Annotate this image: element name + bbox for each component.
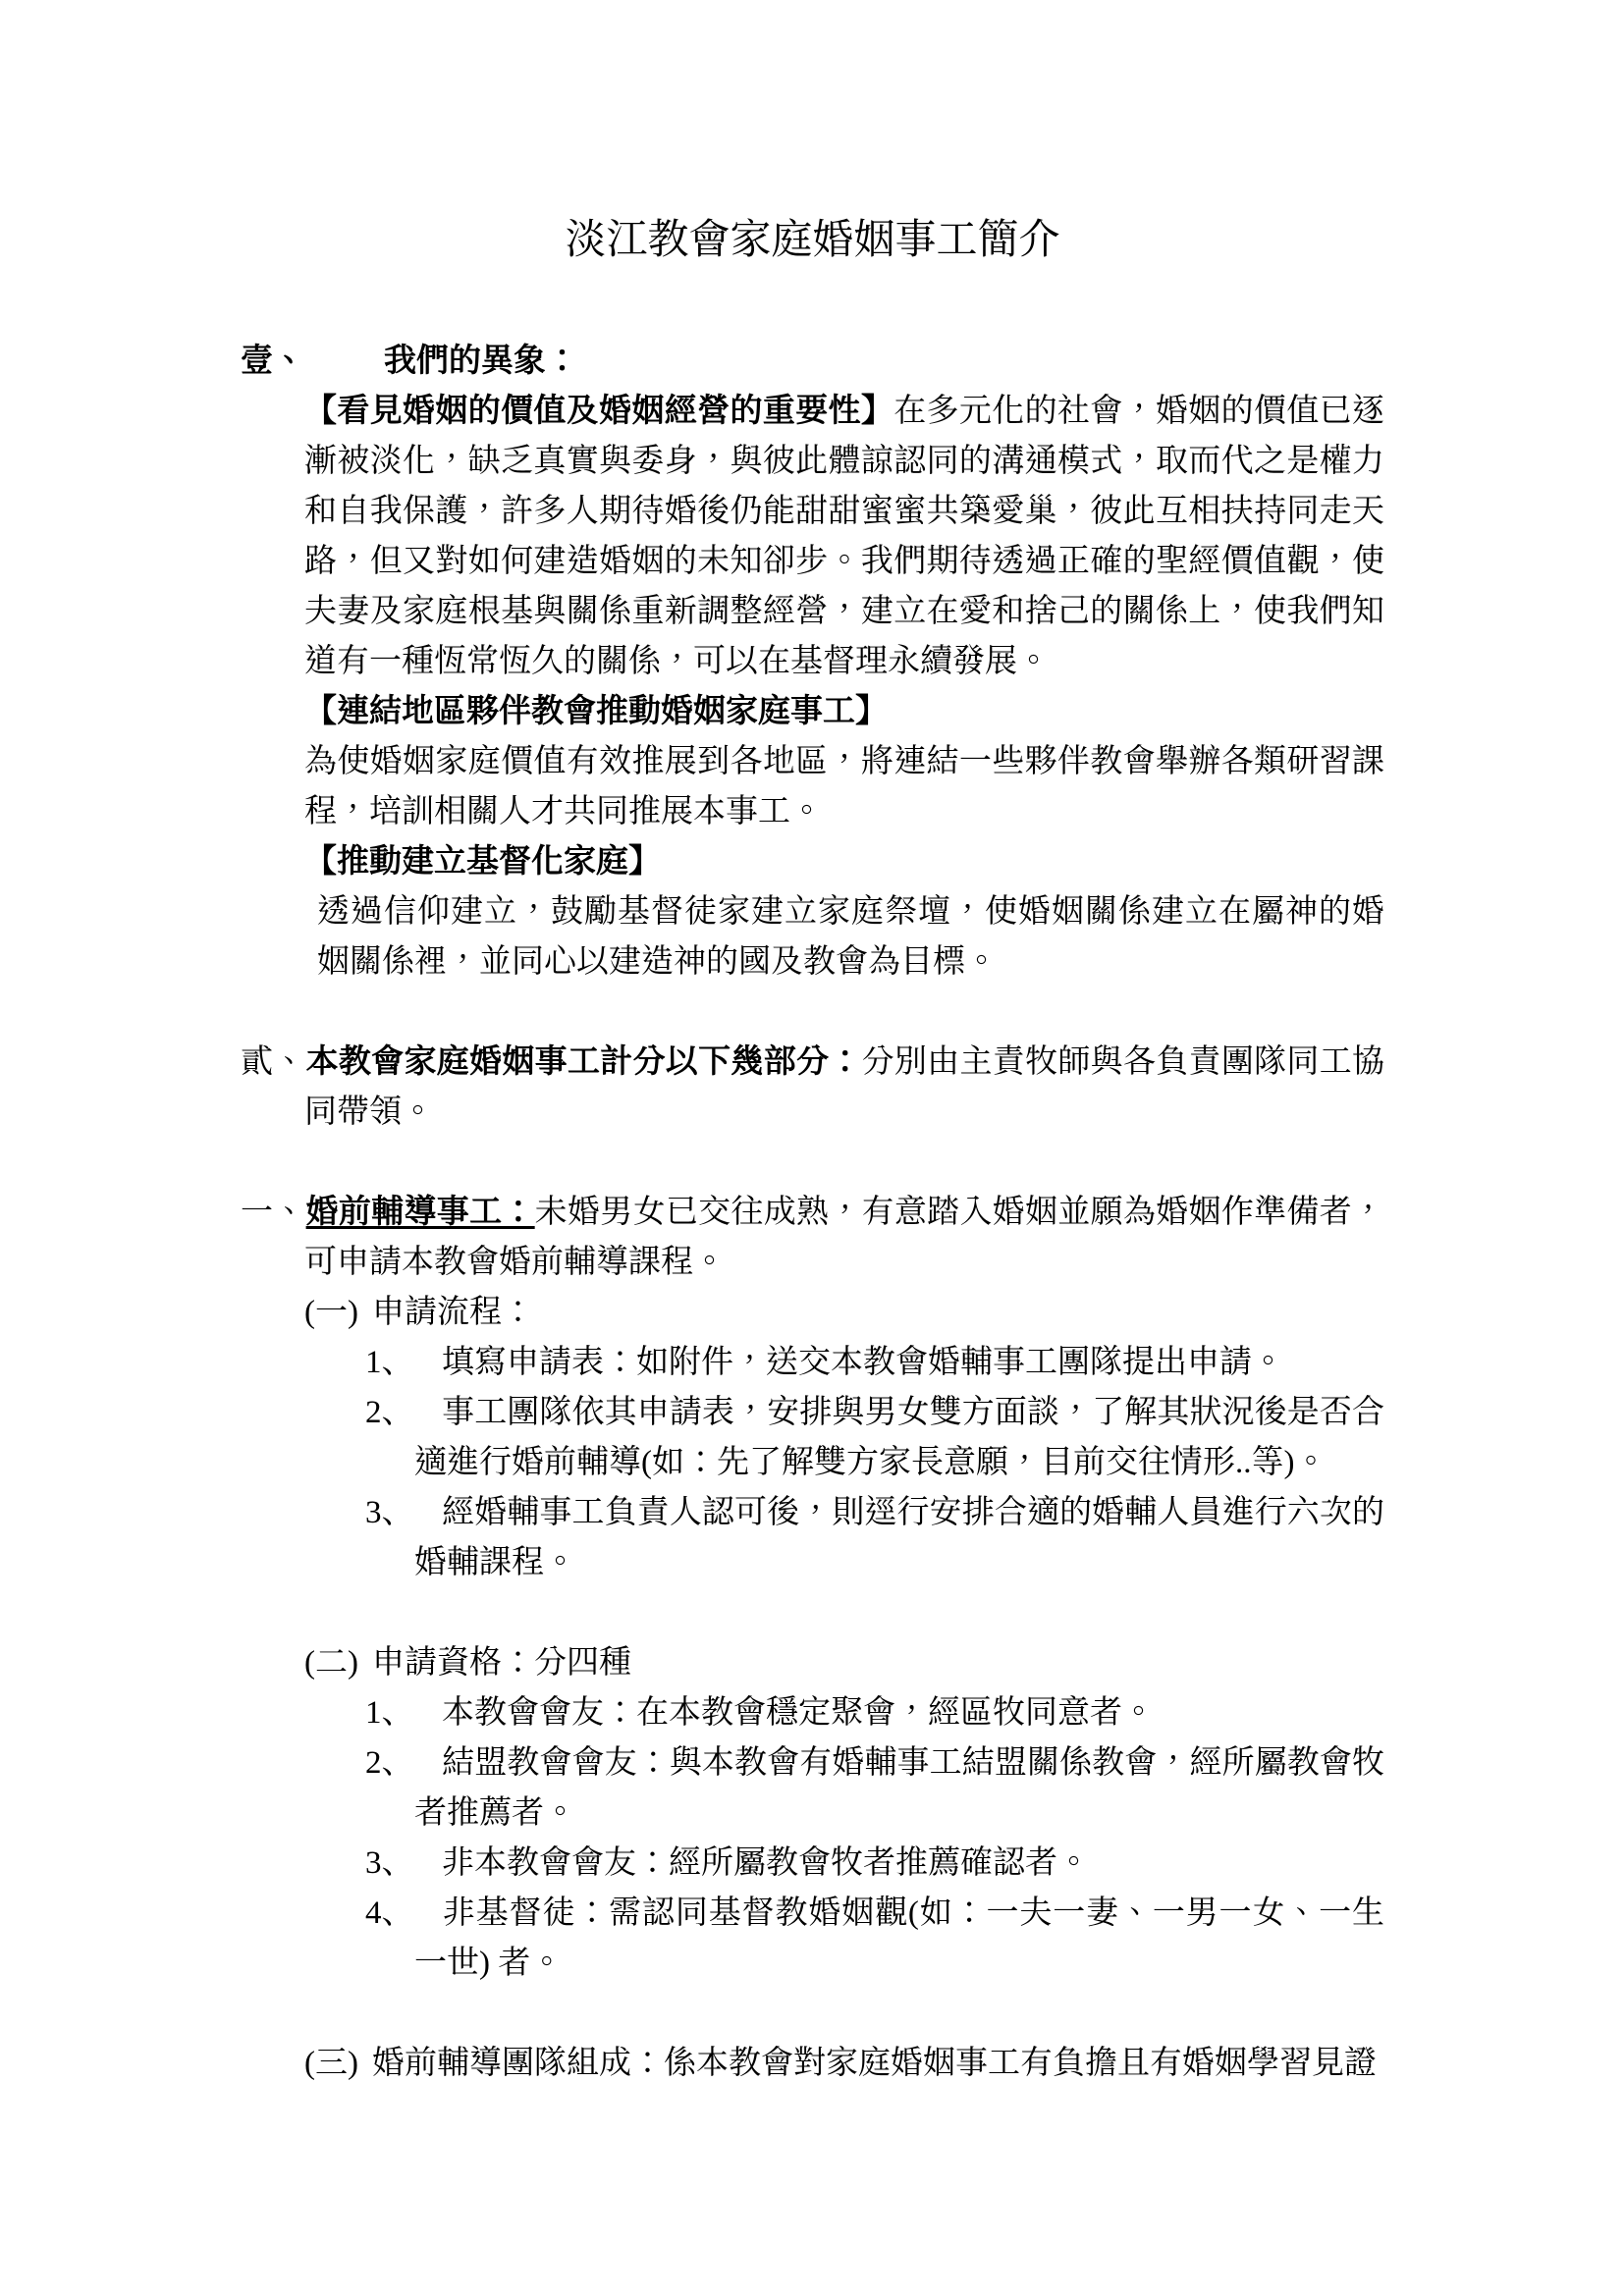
qualification-1-text: 本教會會友：在本教會穩定聚會，經區牧同意者。 xyxy=(442,1695,1155,1731)
sub-2-label: (二) xyxy=(304,1645,358,1681)
qualification-3-text: 非本教會會友：經所屬教會牧者推薦確認者。 xyxy=(442,1845,1090,1881)
vision-2-heading-line: 【連結地區夥伴教會推動婚姻家庭事工】 xyxy=(304,687,1384,737)
sub-1-label: (一) xyxy=(304,1295,358,1330)
qualification-4-number: 4、 xyxy=(365,1889,442,1939)
sub-1-heading-line: (一)申請流程： xyxy=(304,1288,1384,1338)
qualification-3: 3、非本教會會友：經所屬教會牧者推薦確認者。 xyxy=(414,1839,1384,1889)
vision-1-body: 在多元化的社會，婚姻的價值已逐漸被淡化，缺乏真實與委身，與彼此體諒認同的溝通模式… xyxy=(304,394,1384,679)
step-1-number: 1、 xyxy=(365,1338,442,1388)
sub-1-heading: 申請流程： xyxy=(372,1295,534,1330)
application-step-2: 2、事工團隊依其申請表，安排與男女雙方面談，了解其狀況後是否合適進行婚前輔導(如… xyxy=(414,1388,1384,1488)
vision-3-body: 透過信仰建立，鼓勵基督徒家建立家庭祭壇，使婚姻關係建立在屬神的婚姻關係裡，並同心… xyxy=(317,894,1384,980)
section-1-heading: 我們的異象： xyxy=(384,344,578,379)
qualification-3-number: 3、 xyxy=(365,1839,442,1889)
document-page: 淡江教會家庭婚姻事工簡介 壹、我們的異象： 【看見婚姻的價值及婚姻經營的重要性】… xyxy=(0,0,1624,2296)
qualification-4: 4、非基督徒：需認同基督教婚姻觀(如：一夫一妻、一男一女、一生一世) 者。 xyxy=(414,1889,1384,1989)
step-2-text: 事工團隊依其申請表，安排與男女雙方面談，了解其狀況後是否合適進行婚前輔導(如：先… xyxy=(414,1395,1384,1480)
vision-3-paragraph: 透過信仰建立，鼓勵基督徒家建立家庭祭壇，使婚姻關係建立在屬神的婚姻關係裡，並同心… xyxy=(317,887,1384,988)
sub-3-body: 係本教會對家庭婚姻事工有負擔且有婚姻學習見證 xyxy=(664,2046,1377,2081)
qualification-2-text: 結盟教會會友：與本教會有婚輔事工結盟關係教會，經所屬教會牧者推薦者。 xyxy=(414,1745,1384,1831)
sub-2-heading-line: (二)申請資格：分四種 xyxy=(304,1638,1384,1688)
ministry-1-label: 一、 xyxy=(241,1195,306,1230)
sub-3-heading: 婚前輔導團隊組成： xyxy=(372,2046,664,2081)
step-3-text: 經婚輔事工負責人認可後，則逕行安排合適的婚輔人員進行六次的婚輔課程。 xyxy=(414,1495,1384,1580)
step-2-number: 2、 xyxy=(365,1388,442,1438)
qualification-1: 1、本教會會友：在本教會穩定聚會，經區牧同意者。 xyxy=(414,1688,1384,1738)
vision-3-heading: 【推動建立基督化家庭】 xyxy=(304,844,661,880)
vision-3-heading-line: 【推動建立基督化家庭】 xyxy=(304,837,1384,887)
section-2-heading: 本教會家庭婚姻事工計分以下幾部分： xyxy=(306,1044,862,1080)
sub-3-paragraph: (三)婚前輔導團隊組成：係本教會對家庭婚姻事工有負擔且有婚姻學習見證 xyxy=(304,2039,1384,2089)
sub-3-label: (三) xyxy=(304,2046,358,2081)
qualification-1-number: 1、 xyxy=(365,1688,442,1738)
qualification-2-number: 2、 xyxy=(365,1738,442,1789)
section-2-label: 貳、 xyxy=(241,1044,306,1080)
section-1-heading-line: 壹、我們的異象： xyxy=(241,337,1384,387)
section-2-paragraph: 貳、本教會家庭婚姻事工計分以下幾部分：分別由主責牧師與各負責團隊同工協同帶領。 xyxy=(304,1038,1384,1138)
sub-2-heading: 申請資格：分四種 xyxy=(372,1645,631,1681)
qualification-2: 2、結盟教會會友：與本教會有婚輔事工結盟關係教會，經所屬教會牧者推薦者。 xyxy=(414,1738,1384,1839)
step-1-text: 填寫申請表：如附件，送交本教會婚輔事工團隊提出申請。 xyxy=(442,1345,1284,1380)
ministry-1-heading: 婚前輔導事工： xyxy=(306,1195,535,1230)
document-title: 淡江教會家庭婚姻事工簡介 xyxy=(241,211,1384,270)
vision-2-heading: 【連結地區夥伴教會推動婚姻家庭事工】 xyxy=(304,694,888,729)
vision-1-paragraph: 【看見婚姻的價值及婚姻經營的重要性】在多元化的社會，婚姻的價值已逐漸被淡化，缺乏… xyxy=(304,387,1384,687)
vision-1-heading: 【看見婚姻的價值及婚姻經營的重要性】 xyxy=(304,394,893,429)
section-1-label: 壹、 xyxy=(241,344,305,379)
ministry-1-paragraph: 一、婚前輔導事工：未婚男女已交往成熟，有意踏入婚姻並願為婚姻作準備者，可申請本教… xyxy=(304,1188,1384,1288)
qualification-4-text: 非基督徒：需認同基督教婚姻觀(如：一夫一妻、一男一女、一生一世) 者。 xyxy=(414,1896,1384,1981)
application-step-1: 1、填寫申請表：如附件，送交本教會婚輔事工團隊提出申請。 xyxy=(414,1338,1384,1388)
application-step-3: 3、經婚輔事工負責人認可後，則逕行安排合適的婚輔人員進行六次的婚輔課程。 xyxy=(414,1488,1384,1588)
step-3-number: 3、 xyxy=(365,1488,442,1538)
vision-2-body: 為使婚姻家庭價值有效推展到各地區，將連結一些夥伴教會舉辦各類研習課程，培訓相關人… xyxy=(304,744,1384,829)
vision-2-paragraph: 為使婚姻家庭價值有效推展到各地區，將連結一些夥伴教會舉辦各類研習課程，培訓相關人… xyxy=(304,737,1384,837)
